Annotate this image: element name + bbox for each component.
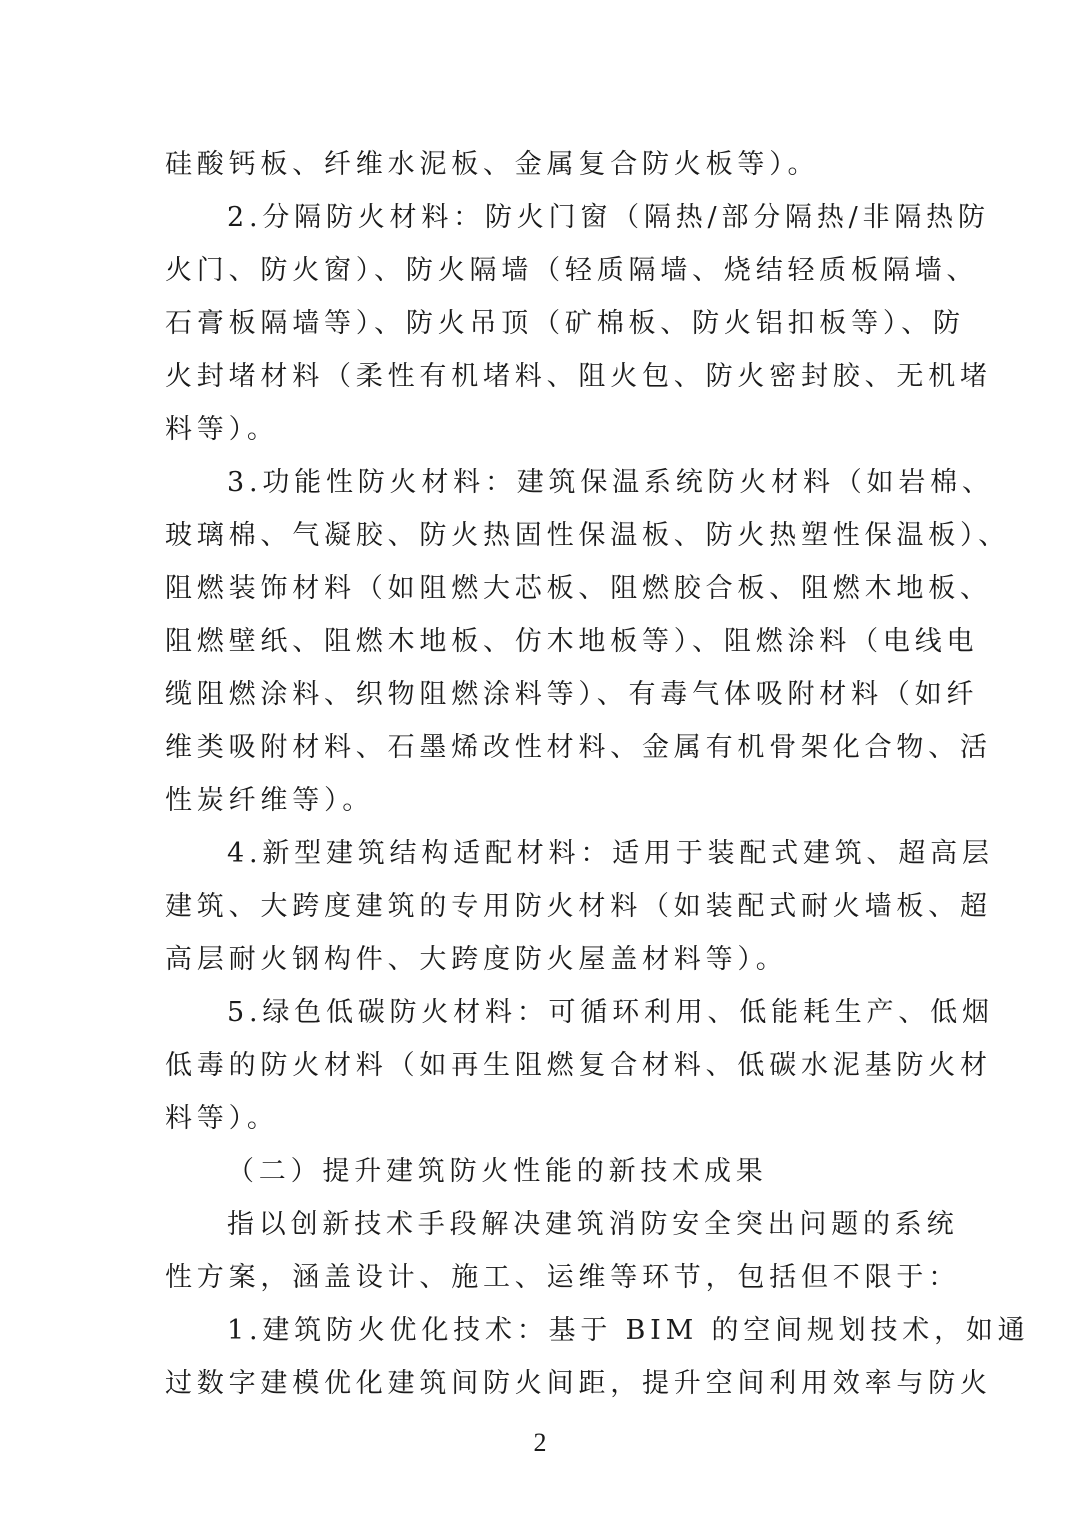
text-line: 3.功能性防火材料：建筑保温系统防火材料（如岩棉、 (165, 456, 917, 509)
text-line: 维类吸附材料、石墨烯改性材料、金属有机骨架化合物、活 (165, 721, 917, 774)
document-body: 硅酸钙板、纤维水泥板、金属复合防火板等）。 2.分隔防火材料：防火门窗（隔热/部… (165, 138, 917, 1410)
text-line: 硅酸钙板、纤维水泥板、金属复合防火板等）。 (165, 138, 917, 191)
text-line: 火封堵材料（柔性有机堵料、阻火包、防火密封胶、无机堵 (165, 350, 917, 403)
text-line: 高层耐火钢构件、大跨度防火屋盖材料等）。 (165, 933, 917, 986)
text-line: 阻燃装饰材料（如阻燃大芯板、阻燃胶合板、阻燃木地板、 (165, 562, 917, 615)
text-line: 1.建筑防火优化技术：基于 BIM 的空间规划技术，如通 (165, 1304, 917, 1357)
text-line: 火门、防火窗）、防火隔墙（轻质隔墙、烧结轻质板隔墙、 (165, 244, 917, 297)
text-line: 低毒的防火材料（如再生阻燃复合材料、低碳水泥基防火材 (165, 1039, 917, 1092)
text-line: 石膏板隔墙等）、防火吊顶（矿棉板、防火铝扣板等）、防 (165, 297, 917, 350)
text-line: 料等）。 (165, 1092, 917, 1145)
text-line: 缆阻燃涂料、织物阻燃涂料等）、有毒气体吸附材料（如纤 (165, 668, 917, 721)
text-line: 阻燃壁纸、阻燃木地板、仿木地板等）、阻燃涂料（电线电 (165, 615, 917, 668)
text-line: 4.新型建筑结构适配材料：适用于装配式建筑、超高层 (165, 827, 917, 880)
text-line: 过数字建模优化建筑间防火间距，提升空间利用效率与防火 (165, 1357, 917, 1410)
section-heading: （二）提升建筑防火性能的新技术成果 (165, 1145, 917, 1198)
text-line: 指以创新技术手段解决建筑消防安全突出问题的系统 (165, 1198, 917, 1251)
text-line: 玻璃棉、气凝胶、防火热固性保温板、防火热塑性保温板）、 (165, 509, 917, 562)
page-number: 2 (0, 1428, 1080, 1458)
text-line: 2.分隔防火材料：防火门窗（隔热/部分隔热/非隔热防 (165, 191, 917, 244)
text-line: 性炭纤维等）。 (165, 774, 917, 827)
text-line: 性方案，涵盖设计、施工、运维等环节，包括但不限于： (165, 1251, 917, 1304)
text-line: 建筑、大跨度建筑的专用防火材料（如装配式耐火墙板、超 (165, 880, 917, 933)
text-line: 5.绿色低碳防火材料：可循环利用、低能耗生产、低烟 (165, 986, 917, 1039)
text-line: 料等）。 (165, 403, 917, 456)
